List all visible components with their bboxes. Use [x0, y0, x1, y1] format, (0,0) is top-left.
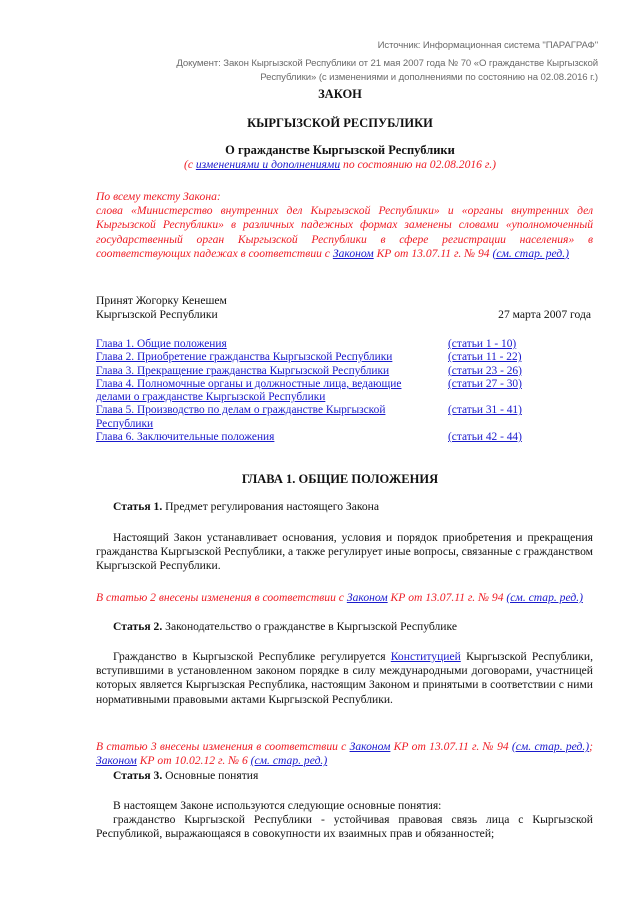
article-3-heading: Статья 3. Основные понятия [113, 769, 258, 783]
toc-chapter-2[interactable]: Глава 2. Приобретение гражданства Кыргыз… [96, 351, 392, 363]
law-link[interactable]: Законом [96, 754, 137, 767]
law-country: КЫРГЫЗСКОЙ РЕСПУБЛИКИ [80, 116, 600, 131]
global-note-text: слова «Министерство внутренних дел Кыргы… [96, 204, 593, 261]
amendment-prefix: (с [184, 158, 196, 171]
article-1-body: Настоящий Закон устанавливает основания,… [96, 531, 593, 574]
toc-chapter-4[interactable]: Глава 4. Полномочные органы и должностны… [96, 378, 401, 403]
article-3-amendment-note: В статью 3 внесены изменения в соответст… [96, 740, 593, 768]
toc-row: Глава 6. Заключительные положения (стать… [96, 431, 596, 444]
document-reference-line1: Документ: Закон Кыргызской Республики от… [176, 58, 598, 69]
article-3-definition: гражданство Кыргызской Республики - усто… [96, 813, 593, 841]
article-2-label: Статья 2. [113, 620, 162, 633]
amendment-status: (с изменениями и дополнениями по состоян… [80, 158, 600, 171]
law-subject: О гражданстве Кыргызской Республики [80, 143, 600, 158]
toc-articles-1[interactable]: (статьи 1 - 10) [448, 338, 516, 350]
article-3-intro: В настоящем Законе используются следующи… [96, 799, 593, 813]
document-page: Источник: Информационная система "ПАРАГР… [0, 0, 640, 905]
article-2-heading: Статья 2. Законодательство о гражданстве… [113, 620, 457, 634]
old-edition-link[interactable]: (см. стар. ред.) [506, 591, 583, 604]
toc-articles-6[interactable]: (статьи 42 - 44) [448, 431, 522, 443]
article-3-title: Основные понятия [162, 769, 258, 782]
constitution-link[interactable]: Конституцией [391, 650, 461, 663]
article-2-body: Гражданство в Кыргызской Республике регу… [96, 650, 593, 707]
old-edition-link[interactable]: (см. стар. ред.) [492, 247, 569, 260]
law-link[interactable]: Законом [347, 591, 388, 604]
table-of-contents: Глава 1. Общие положения (статьи 1 - 10)… [96, 338, 596, 444]
global-note-heading: По всему тексту Закона: [96, 190, 593, 204]
chapter-heading: ГЛАВА 1. ОБЩИЕ ПОЛОЖЕНИЯ [80, 472, 600, 487]
toc-chapter-6[interactable]: Глава 6. Заключительные положения [96, 431, 274, 443]
article-1-heading: Статья 1. Предмет регулирования настояще… [113, 500, 379, 514]
law-title: ЗАКОН [80, 87, 600, 102]
article-3-label: Статья 3. [113, 769, 162, 782]
source-label: Источник: Информационная система "ПАРАГР… [378, 39, 598, 53]
adoption-date: 27 марта 2007 года [498, 308, 591, 322]
toc-articles-3[interactable]: (статьи 23 - 26) [448, 365, 522, 377]
toc-chapter-5[interactable]: Глава 5. Производство по делам о граждан… [96, 404, 385, 429]
amendments-link[interactable]: изменениями и дополнениями [196, 158, 340, 171]
toc-articles-2[interactable]: (статьи 11 - 22) [448, 351, 521, 363]
law-link[interactable]: Законом [333, 247, 374, 260]
old-edition-link[interactable]: (см. стар. ред.) [512, 740, 589, 753]
toc-row: Глава 5. Производство по делам о граждан… [96, 404, 596, 431]
toc-chapter-1[interactable]: Глава 1. Общие положения [96, 338, 227, 350]
toc-row: Глава 1. Общие положения (статьи 1 - 10) [96, 338, 596, 351]
adoption-info: Принят Жогорку Кенешем Кыргызской Респуб… [96, 294, 591, 321]
toc-articles-5[interactable]: (статьи 31 - 41) [448, 404, 522, 416]
toc-row: Глава 4. Полномочные органы и должностны… [96, 378, 596, 405]
toc-articles-4[interactable]: (статьи 27 - 30) [448, 378, 522, 390]
document-reference: Документ: Закон Кыргызской Республики от… [98, 57, 598, 84]
article-1-title: Предмет регулирования настоящего Закона [162, 500, 379, 513]
amendment-suffix: по состоянию на 02.08.2016 г.) [340, 158, 496, 171]
global-note: По всему тексту Закона: слова «Министерс… [96, 190, 593, 261]
toc-row: Глава 2. Приобретение гражданства Кыргыз… [96, 351, 596, 364]
document-reference-line2: Республики» (с изменениями и дополнениям… [260, 72, 598, 83]
adoption-line1: Принят Жогорку Кенешем [96, 294, 591, 308]
law-link[interactable]: Законом [350, 740, 391, 753]
old-edition-link[interactable]: (см. стар. ред.) [251, 754, 328, 767]
article-1-label: Статья 1. [113, 500, 162, 513]
article-2-title: Законодательство о гражданстве в Кыргызс… [162, 620, 457, 633]
toc-row: Глава 3. Прекращение гражданства Кыргызс… [96, 365, 596, 378]
toc-chapter-3[interactable]: Глава 3. Прекращение гражданства Кыргызс… [96, 365, 389, 377]
article-2-amendment-note: В статью 2 внесены изменения в соответст… [96, 591, 593, 605]
